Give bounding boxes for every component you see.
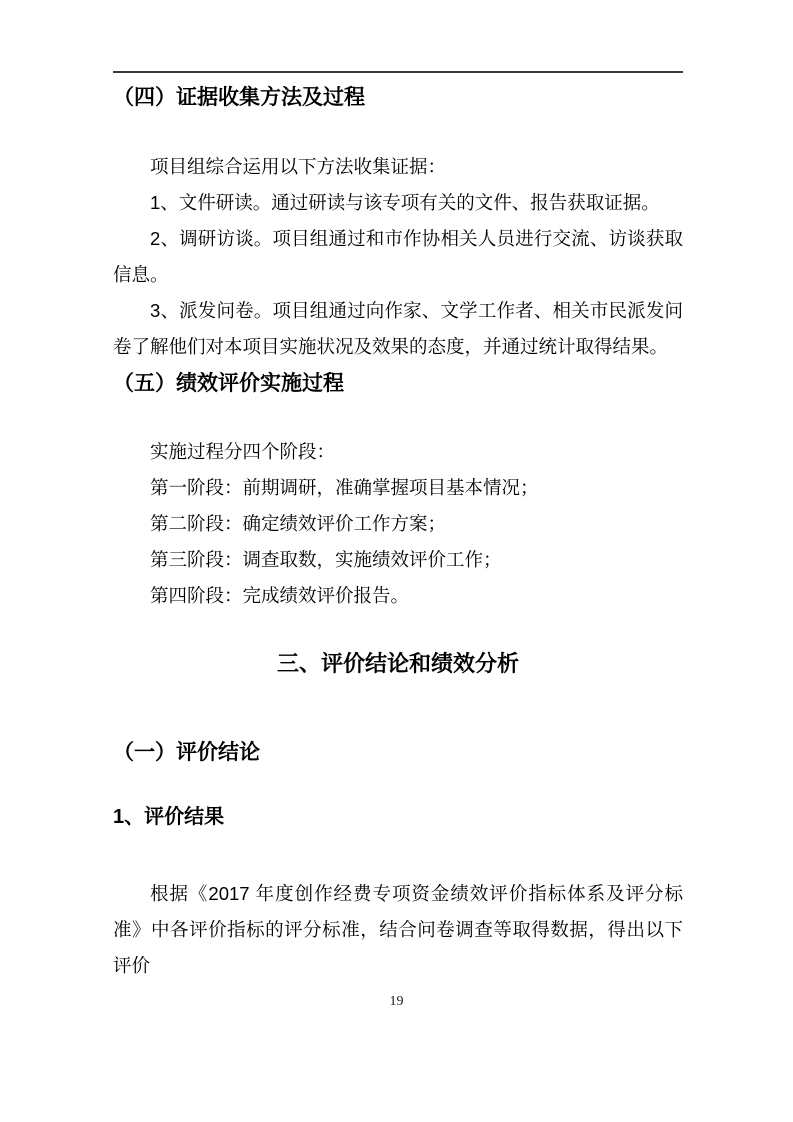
body-paragraph: 第二阶段：确定绩效评价工作方案； bbox=[113, 506, 683, 542]
document-page: （四）证据收集方法及过程 项目组综合运用以下方法收集证据： 1、文件研读。通过研… bbox=[0, 0, 793, 1122]
chapter-title: 三、评价结论和绩效分析 bbox=[113, 650, 683, 678]
body-paragraph: 第一阶段：前期调研，准确掌握项目基本情况； bbox=[113, 470, 683, 506]
page-number: 19 bbox=[0, 993, 793, 1011]
section-heading-4: （四）证据收集方法及过程 bbox=[113, 85, 683, 111]
page-content: （四）证据收集方法及过程 项目组综合运用以下方法收集证据： 1、文件研读。通过研… bbox=[113, 71, 683, 984]
section-5-body: 实施过程分四个阶段： 第一阶段：前期调研，准确掌握项目基本情况； 第二阶段：确定… bbox=[113, 434, 683, 614]
header-rule bbox=[113, 71, 683, 73]
body-paragraph: 2、调研访谈。项目组通过和市作协相关人员进行交流、访谈获取信息。 bbox=[113, 221, 683, 293]
section-4-body: 项目组综合运用以下方法收集证据： 1、文件研读。通过研读与该专项有关的文件、报告… bbox=[113, 149, 683, 365]
body-paragraph: 第四阶段：完成绩效评价报告。 bbox=[113, 578, 683, 614]
subsubsection-heading: 1、评价结果 bbox=[113, 805, 683, 830]
subsection-heading: （一）评价结论 bbox=[113, 740, 683, 766]
body-paragraph: 项目组综合运用以下方法收集证据： bbox=[113, 149, 683, 185]
body-paragraph: 3、派发问卷。项目组通过向作家、文学工作者、相关市民派发问卷了解他们对本项目实施… bbox=[113, 293, 683, 365]
body-paragraph: 第三阶段：调查取数，实施绩效评价工作； bbox=[113, 542, 683, 578]
body-paragraph: 实施过程分四个阶段： bbox=[113, 434, 683, 470]
body-paragraph: 1、文件研读。通过研读与该专项有关的文件、报告获取证据。 bbox=[113, 185, 683, 221]
section-heading-5: （五）绩效评价实施过程 bbox=[113, 371, 683, 397]
closing-paragraph: 根据《2017 年度创作经费专项资金绩效评价指标体系及评分标准》中各评价指标的评… bbox=[113, 876, 683, 984]
